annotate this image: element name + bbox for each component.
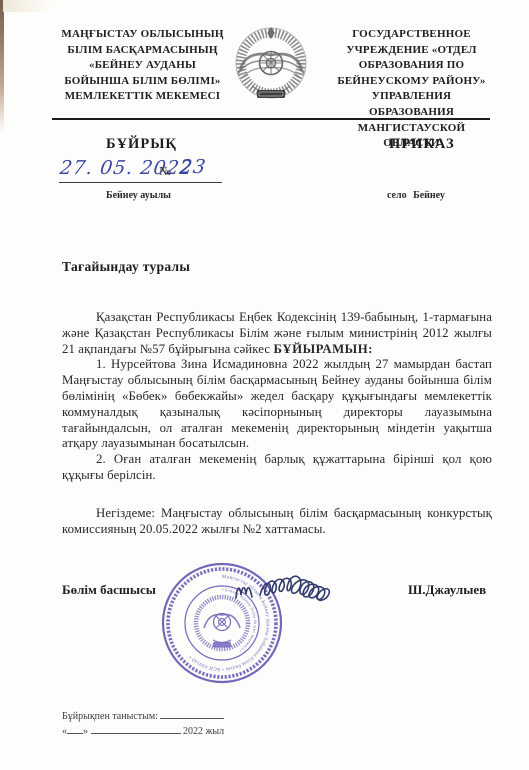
order-subject: Тағайындау туралы xyxy=(62,259,190,275)
place-kazakh: Бейнеу ауылы xyxy=(106,190,171,201)
scan-corner-smudge xyxy=(3,0,73,12)
order-title-russian: ПРИКАЗ xyxy=(389,136,455,153)
header-divider-line xyxy=(52,118,490,120)
scan-edge-artifact xyxy=(0,0,4,132)
date-blank-line: «» 2022 жыл xyxy=(62,724,224,739)
place-russian: село Бейнеу xyxy=(387,190,445,201)
acknowledgement-block: Бұйрықпен таныстым: «» 2022 жыл xyxy=(62,709,224,739)
number-sign: № xyxy=(159,164,171,179)
signatory-position: Бөлім басшысы xyxy=(62,582,156,598)
handwritten-signature xyxy=(230,568,340,612)
signatory-name: Ш.Джаулыев xyxy=(408,582,486,598)
year-label: 2022 жыл xyxy=(183,726,224,737)
month-blank xyxy=(91,724,181,734)
acknowledgement-line: Бұйрықпен таныстым: xyxy=(62,709,224,724)
org-name-kazakh: МАҢҒЫСТАУ ОБЛЫСЫНЫҢ БІЛІМ БАСҚАРМАСЫНЫҢ … xyxy=(55,27,230,105)
order-item-2: 2. Оған аталған мекеменің барлық құжатта… xyxy=(62,452,492,484)
scanned-order-document: МАҢҒЫСТАУ ОБЛЫСЫНЫҢ БІЛІМ БАСҚАРМАСЫНЫҢ … xyxy=(0,0,529,770)
order-title-kazakh: БҰЙРЫҚ xyxy=(106,136,177,153)
order-body: Қазақстан Республикасы Еңбек Кодексінің … xyxy=(62,310,492,537)
basis-paragraph: Негіздеме: Маңғыстау облысының білім бас… xyxy=(62,506,492,538)
order-item-1: 1. Нурсейтова Зина Исмадиновна 2022 жылд… xyxy=(62,357,492,452)
quote-close: » xyxy=(83,726,88,737)
intro-paragraph: Қазақстан Республикасы Еңбек Кодексінің … xyxy=(62,310,492,357)
signature-blank-line xyxy=(160,709,224,719)
date-underline xyxy=(59,182,222,183)
acknowledgement-label: Бұйрықпен таныстым: xyxy=(62,711,158,722)
intro-order-word: БҰЙЫРАМЫН: xyxy=(273,342,373,356)
handwritten-order-number: 23 xyxy=(178,156,207,178)
org-name-russian: ГОСУДАРСТВЕННОЕ УЧРЕЖДЕНИЕ «ОТДЕЛ ОБРАЗО… xyxy=(330,27,493,152)
handwritten-date: 27. 05. 2022 xyxy=(58,157,194,179)
kazakhstan-emblem-icon xyxy=(232,24,310,110)
day-blank xyxy=(67,724,83,734)
